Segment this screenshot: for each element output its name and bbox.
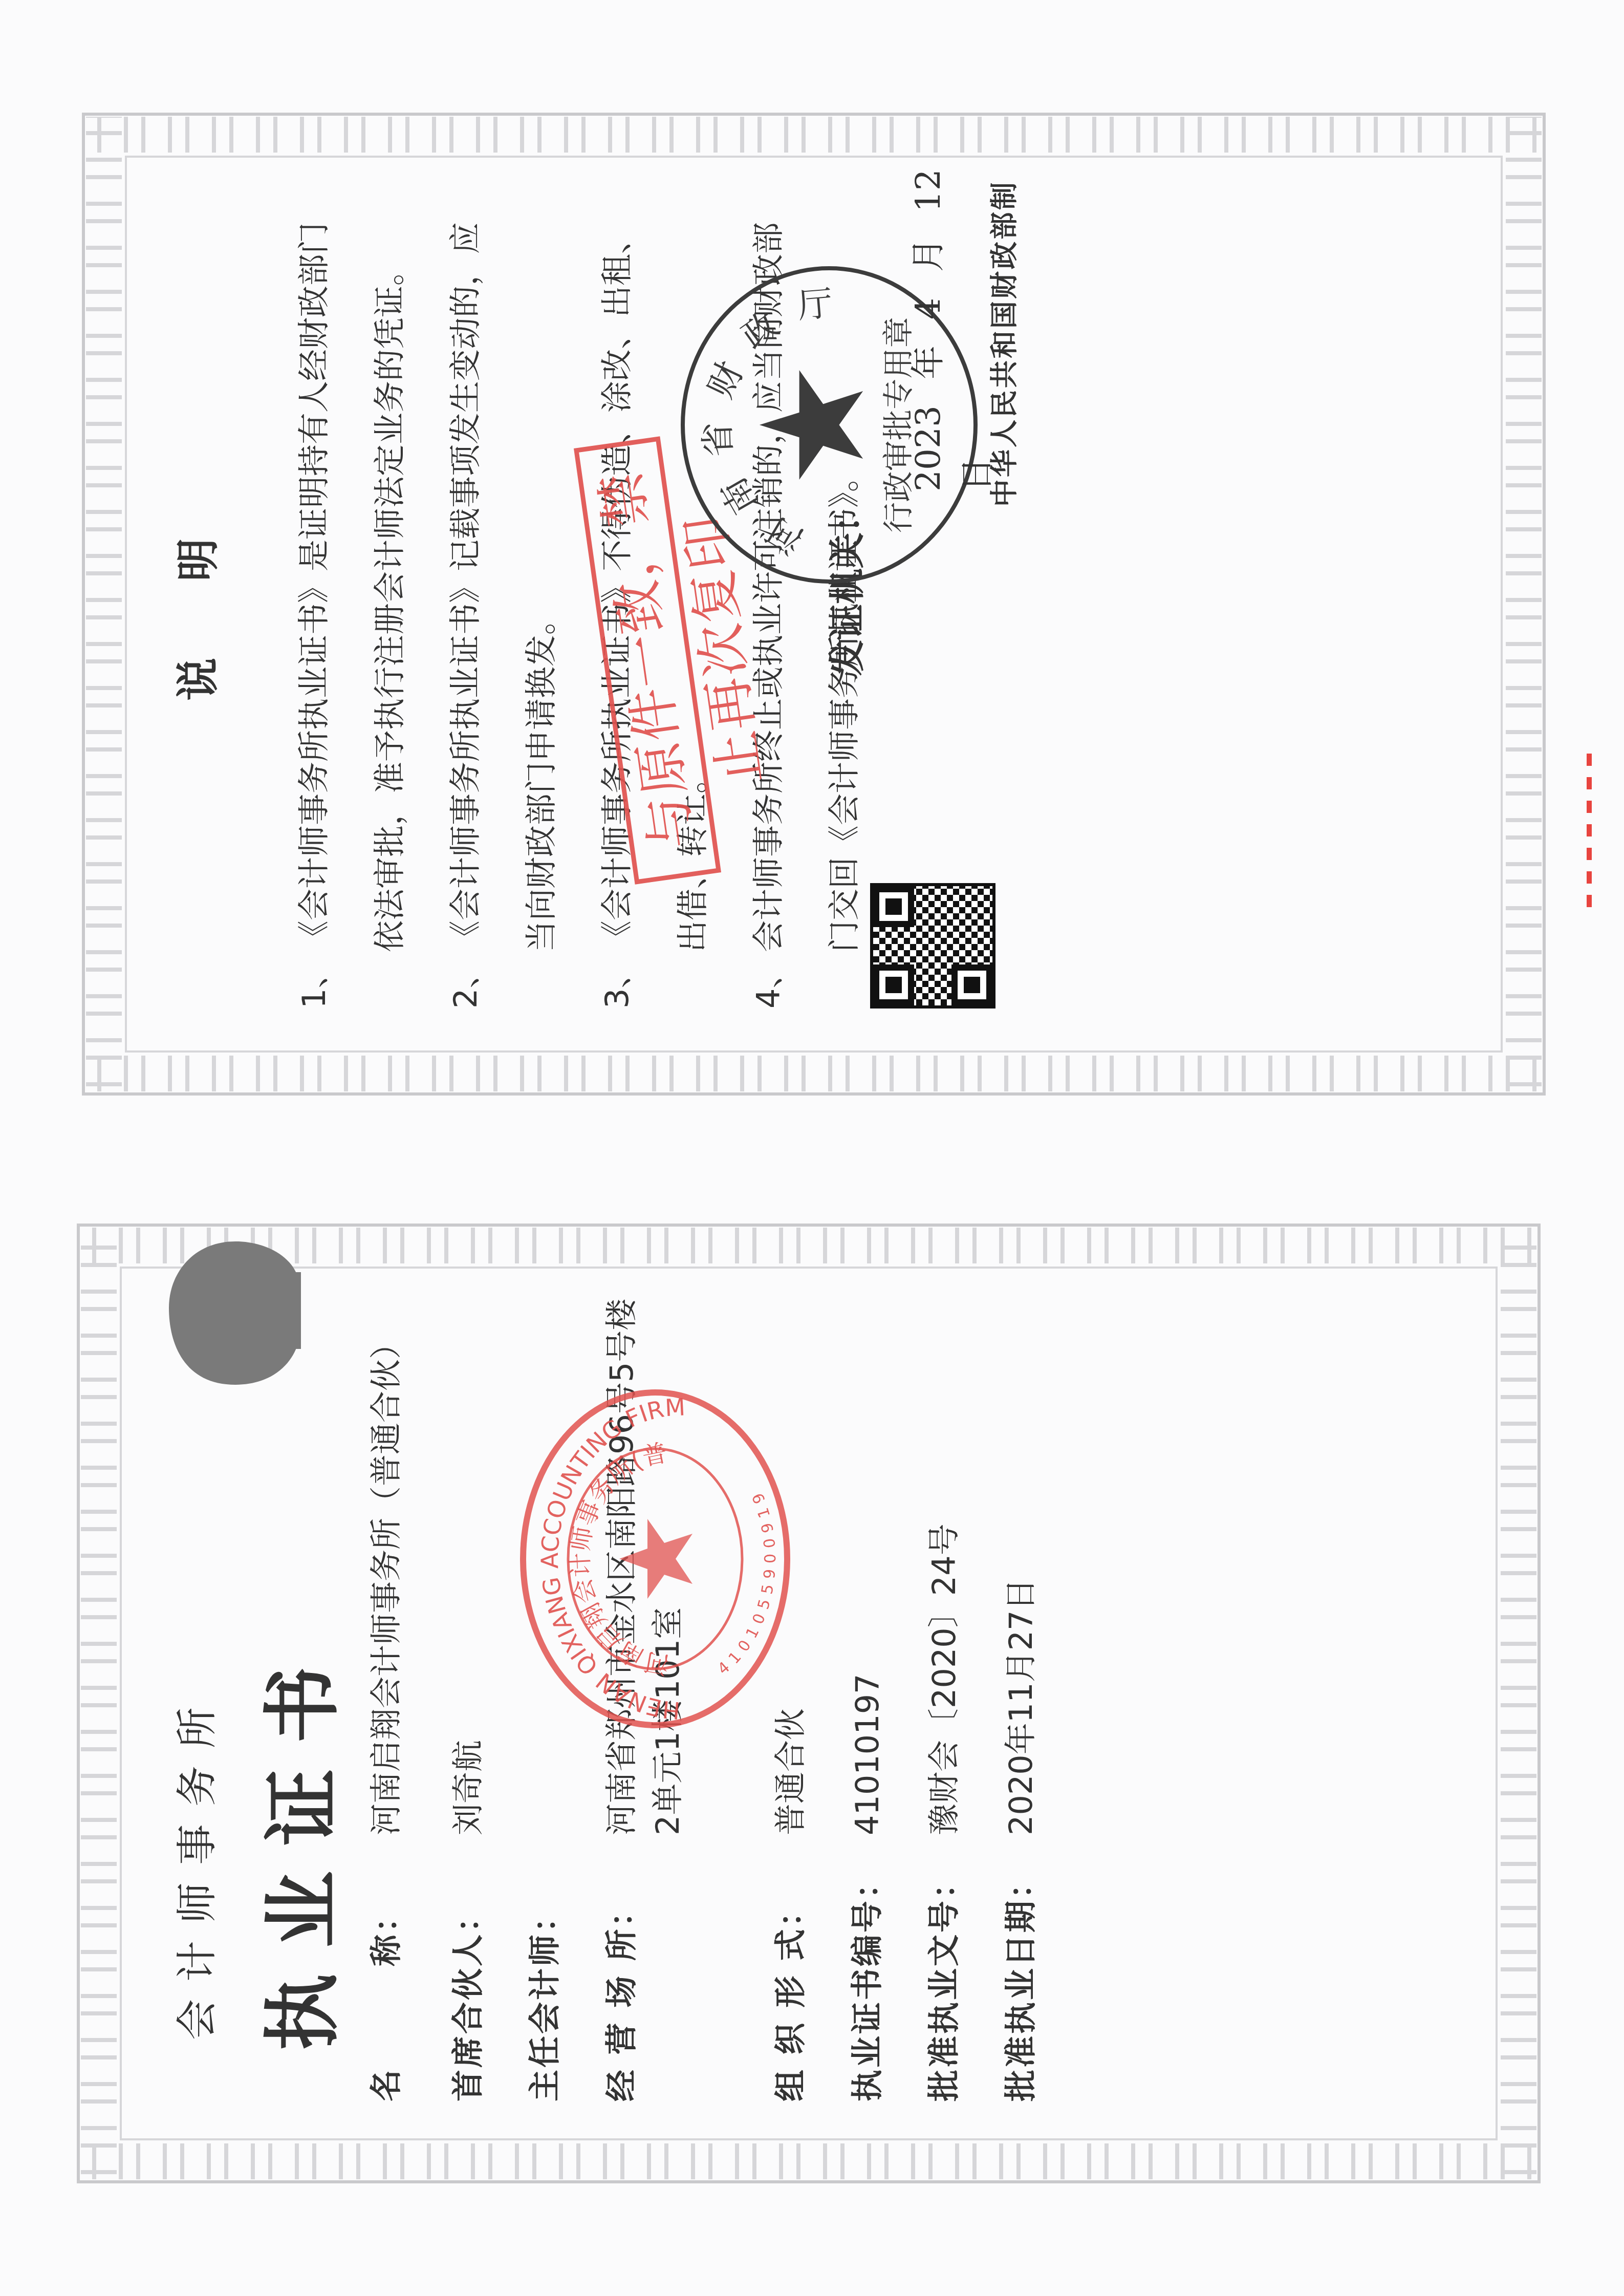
note-text: 《会计师事务所执业证书》是证明持有人经财政部门依法审批，准予执行注册会计师法定业… bbox=[276, 200, 428, 952]
certificate-page: 会计师事务所 执业证书 名 称： 河南启翔会计师事务所（普通合伙） 首席合伙人：… bbox=[77, 1224, 1541, 2183]
partial-seal-fragment bbox=[1587, 742, 1597, 1060]
notes-page: 说 明 1、 《会计师事务所执业证书》是证明持有人经财政部门依法审批，准予执行注… bbox=[82, 113, 1546, 1096]
field-certificate-number: 执业证书编号： 41010197 bbox=[845, 1295, 891, 2101]
field-value: 刘奇航 bbox=[445, 1295, 491, 1835]
field-label: 首席合伙人： bbox=[445, 1835, 491, 2101]
field-approval-document: 批准执业文号： 豫财会〔2020〕24号 bbox=[921, 1295, 967, 2101]
field-label: 批准执业日期： bbox=[998, 1835, 1044, 2101]
note-number: 1、 bbox=[276, 952, 428, 1008]
ministry-imprint: 中华人民共和国财政部制 bbox=[983, 180, 1022, 507]
certificate-subtitle: 会计师事务所 bbox=[164, 1224, 223, 2040]
field-label: 执业证书编号： bbox=[845, 1835, 891, 2101]
note-number: 4、 bbox=[731, 952, 882, 1008]
field-label: 批准执业文号： bbox=[921, 1835, 967, 2101]
certificate-title: 执业证书 bbox=[241, 1224, 351, 2050]
field-label: 经 营 场 所： bbox=[599, 1835, 691, 2101]
field-value: 41010197 bbox=[845, 1295, 891, 1835]
star-icon bbox=[619, 1519, 692, 1599]
svg-text:4101055900919: 4101055900919 bbox=[714, 1485, 780, 1678]
qr-code bbox=[870, 883, 995, 1008]
notes-title: 说 明 bbox=[164, 113, 226, 1096]
field-value: 2020年11月27日 bbox=[998, 1295, 1044, 1835]
field-chief-partner: 首席合伙人： 刘奇航 bbox=[445, 1295, 491, 2101]
field-label: 名 称： bbox=[363, 1835, 409, 2101]
field-name: 名 称： 河南启翔会计师事务所（普通合伙） bbox=[363, 1295, 409, 2101]
field-value: 豫财会〔2020〕24号 bbox=[921, 1295, 967, 1835]
note-item: 2、 《会计师事务所执业证书》记载事项发生变动的，应当向财政部门申请换发。 bbox=[428, 200, 579, 1008]
note-number: 2、 bbox=[428, 952, 579, 1008]
note-text: 《会计师事务所执业证书》记载事项发生变动的，应当向财政部门申请换发。 bbox=[428, 200, 579, 952]
note-number: 3、 bbox=[579, 952, 731, 1008]
field-value: 河南启翔会计师事务所（普通合伙） bbox=[363, 1295, 409, 1835]
qr-finder-pattern bbox=[951, 964, 992, 1005]
firm-seal-code: 4101055900919 bbox=[714, 1485, 780, 1678]
field-label: 主任会计师： bbox=[522, 1835, 568, 2101]
field-approval-date: 批准执业日期： 2020年11月27日 bbox=[998, 1295, 1044, 2101]
note-item: 1、 《会计师事务所执业证书》是证明持有人经财政部门依法审批，准予执行注册会计师… bbox=[276, 200, 428, 1008]
field-label: 组 织 形 式： bbox=[768, 1835, 814, 2101]
firm-seal: HENAN QIXIANG ACCOUNTING FIRM(GENERAL PA… bbox=[517, 1385, 793, 1733]
